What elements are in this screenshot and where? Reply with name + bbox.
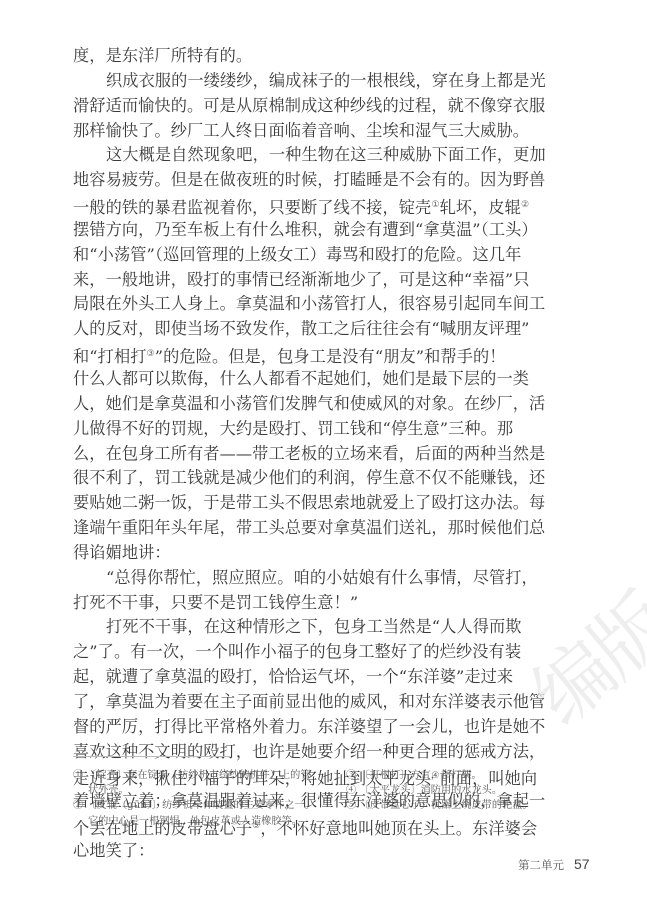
text-line-content: 织成衣服的一缕缕纱，编成袜子的一根根线，穿在身上都是光 <box>106 69 465 94</box>
footnote-continuation: 状外壳。 <box>73 783 333 798</box>
text-line-content: 很不利了，罚工钱就是减少他们的利润，停生意不仅不能赚钱，还 <box>73 466 465 491</box>
text-line-content: 喜欢这种不文明的殴打，也许是她要介绍一种更合理的惩戒方法， <box>73 740 465 765</box>
text-line-content: 起，就遭了拿莫温的殴打，恰恰运气坏，一个“东洋婆”走过来 <box>73 665 465 690</box>
footnote-continuation: 它的中心是一根钢辊，外包皮革或人造橡胶等。 <box>73 814 333 829</box>
text-line: 喜欢这种不文明的殴打，也许是她要介绍一种更合理的惩戒方法， <box>73 740 465 765</box>
page-number: 57 <box>574 856 590 872</box>
text-line-content: 什么人都可以欺侮，什么人都看不起她们，她们是最下层的一类 <box>73 367 465 392</box>
text-line: 和“小荡管”（巡回管理的上级女工）毒骂和殴打的危险。这几年 <box>73 243 465 268</box>
text-line: 得谄媚地讲： <box>73 541 465 566</box>
text-line-content: 滑舒适而愉快的。可是从原棉制成这种纱线的过程，就不像穿衣服 <box>73 94 465 119</box>
text-line-content: 那样愉快了。纱厂工人终日面临着音响、尘埃和湿气三大威胁。 <box>73 119 465 144</box>
text-line: 局限在外头工人身上。拿莫温和小荡管打人，很容易引起同车间工 <box>73 292 465 317</box>
text-line: 一般的铁的暴君监视着你，只要断了线不接，锭壳①轧坏，皮辊② <box>73 193 465 218</box>
footnotes-left: ① 〔锭壳〕套在锭子（纺纱机上绕纱的机件）上的管状外壳。② 〔皮辊（gūn）〕纺… <box>73 768 333 829</box>
text-line-content: 逢端午重阳年头年尾，带工头总要对拿莫温们送礼，那时候他们总 <box>73 516 465 541</box>
footnote-marker: ③ <box>147 349 155 359</box>
text-line: 度，是东洋厂所特有的。 <box>73 44 465 69</box>
text-line: 逢端午重阳年头年尾，带工头总要对拿莫温们送礼，那时候他们总 <box>73 516 465 541</box>
text-line-content: 人的反对，即使当场不致发作，散工之后往往会有“喊朋友评理” <box>73 317 465 342</box>
text-line: 了，拿莫温为着要在主子面前显出他的威风，和对东洋婆表示他管 <box>73 690 465 715</box>
text-line: 很不利了，罚工钱就是减少他们的利润，停生意不仅不能赚钱，还 <box>73 466 465 491</box>
text-line: “总得你帮忙，照应照应。咱的小姑娘有什么事情，尽管打， <box>73 566 465 591</box>
text-line: 来，一般地讲，殴打的事情已经渐渐地少了，可是这种“幸福”只 <box>73 268 465 293</box>
text-line-content: 局限在外头工人身上。拿莫温和小荡管打人，很容易引起同车间工 <box>73 292 465 317</box>
text-line-content: “总得你帮忙，照应照应。咱的小姑娘有什么事情，尽管打， <box>106 566 465 591</box>
text-line-content: 一般的铁的暴君监视着你，只要断了线不接，锭壳①轧坏，皮辊② <box>73 193 465 218</box>
text-line: 人的反对，即使当场不致发作，散工之后往往会有“喊朋友评理” <box>73 317 465 342</box>
footnote-marker: ① <box>431 200 439 210</box>
text-line-content: 心地笑了： <box>73 839 465 864</box>
text-line: 督的严厉，打得比平常格外着力。东洋婆望了一会儿，也许是她不 <box>73 715 465 740</box>
text-line: 儿做得不好的罚规，大约是殴打、罚工钱和“停生意”三种。那 <box>73 417 465 442</box>
text-line-content: 么，在包身工所有者——带工老板的立场来看，后面的两种当然是 <box>73 442 465 467</box>
text-line: 这大概是自然现象吧，一种生物在这三种威胁下面工作，更加 <box>73 143 465 168</box>
text-line: 织成衣服的一缕缕纱，编成袜子的一根根线，穿在身上都是光 <box>73 69 465 94</box>
text-line: 要贴她二粥一饭，于是带工头不假思索地就爱上了殴打这办法。每 <box>73 491 465 516</box>
text-line: 心地笑了： <box>73 839 465 864</box>
text-line: 那样愉快了。纱厂工人终日面临着音响、尘埃和湿气三大威胁。 <box>73 119 465 144</box>
text-line-content: 儿做得不好的罚规，大约是殴打、罚工钱和“停生意”三种。那 <box>73 417 465 442</box>
text-line-content: 督的严厉，打得比平常格外着力。东洋婆望了一会儿，也许是她不 <box>73 715 465 740</box>
text-line: 打死不干事，只要不是罚工钱停生意！” <box>73 591 465 616</box>
text-line-content: 得谄媚地讲： <box>73 541 465 566</box>
text-line-content: 这大概是自然现象吧，一种生物在这三种威胁下面工作，更加 <box>106 143 465 168</box>
text-line: 滑舒适而愉快的。可是从原棉制成这种纱线的过程，就不像穿衣服 <box>73 94 465 119</box>
text-line: 摆错方向，乃至车板上有什么堆积，就会有遭到“拿莫温”（工头） <box>73 218 465 243</box>
footnote: ① 〔锭壳〕套在锭子（纺纱机上绕纱的机件）上的管状外壳。 <box>73 768 333 798</box>
unit-label: 第二单元 <box>518 858 564 872</box>
text-line: 和“打相打③”的危险。但是，包身工是没有“朋友”和帮手的！ <box>73 342 465 367</box>
body-text: 度，是东洋厂所特有的。织成衣服的一缕缕纱，编成袜子的一根根线，穿在身上都是光滑舒… <box>73 44 465 864</box>
footnotes-right: ③ 〔打相打〕方言，指打架。④ 〔太平龙头〕消防用的水龙头。⑤ 〔皮带盘心子〕机… <box>346 768 586 814</box>
footnote: ③ 〔打相打〕方言，指打架。 <box>346 768 586 783</box>
textbook-page: 度，是东洋厂所特有的。织成衣服的一缕缕纱，编成袜子的一根根线，穿在身上都是光滑舒… <box>0 0 647 916</box>
text-line-content: 来，一般地讲，殴打的事情已经渐渐地少了，可是这种“幸福”只 <box>73 268 465 293</box>
text-line-content: 摆错方向，乃至车板上有什么堆积，就会有遭到“拿莫温”（工头） <box>73 218 465 243</box>
text-line-content: 地容易疲劳。但是在做夜班的时候，打瞌睡是不会有的。因为野兽 <box>73 168 465 193</box>
text-line: 之”了。有一次，一个叫作小福子的包身工整好了的烂纱没有装 <box>73 640 465 665</box>
text-line-content: 和“打相打③”的危险。但是，包身工是没有“朋友”和帮手的！ <box>73 342 465 367</box>
text-line-content: 要贴她二粥一饭，于是带工头不假思索地就爱上了殴打这办法。每 <box>73 491 465 516</box>
footnote-marker: ② <box>521 200 529 210</box>
text-line-content: 打死不干事，在这种情形之下，包身工当然是“人人得而欺 <box>106 615 465 640</box>
text-line-content: 了，拿莫温为着要在主子面前显出他的威风，和对东洋婆表示他管 <box>73 690 465 715</box>
footnote: ⑤ 〔皮带盘心子〕机器上绕皮带的轮盘。 <box>346 798 586 813</box>
text-line-content: 打死不干事，只要不是罚工钱停生意！” <box>73 591 465 616</box>
text-line: 什么人都可以欺侮，什么人都看不起她们，她们是最下层的一类 <box>73 367 465 392</box>
page-footer: 第二单元57 <box>518 856 590 873</box>
footnote-divider <box>73 756 230 757</box>
footnote: ② 〔皮辊（gūn）〕纺纱机牵伸装置的主要零件之一。它的中心是一根钢辊，外包皮革… <box>73 798 333 828</box>
text-line-content: 之”了。有一次，一个叫作小福子的包身工整好了的烂纱没有装 <box>73 640 465 665</box>
text-line: 么，在包身工所有者——带工老板的立场来看，后面的两种当然是 <box>73 442 465 467</box>
text-line: 人，她们是拿莫温和小荡管们发脾气和使威风的对象。在纱厂，活 <box>73 392 465 417</box>
text-line-content: 和“小荡管”（巡回管理的上级女工）毒骂和殴打的危险。这几年 <box>73 243 465 268</box>
text-line: 起，就遭了拿莫温的殴打，恰恰运气坏，一个“东洋婆”走过来 <box>73 665 465 690</box>
text-line: 打死不干事，在这种情形之下，包身工当然是“人人得而欺 <box>73 615 465 640</box>
text-line-content: 度，是东洋厂所特有的。 <box>73 44 465 69</box>
text-line: 地容易疲劳。但是在做夜班的时候，打瞌睡是不会有的。因为野兽 <box>73 168 465 193</box>
text-line-content: 人，她们是拿莫温和小荡管们发脾气和使威风的对象。在纱厂，活 <box>73 392 465 417</box>
footnote: ④ 〔太平龙头〕消防用的水龙头。 <box>346 783 586 798</box>
